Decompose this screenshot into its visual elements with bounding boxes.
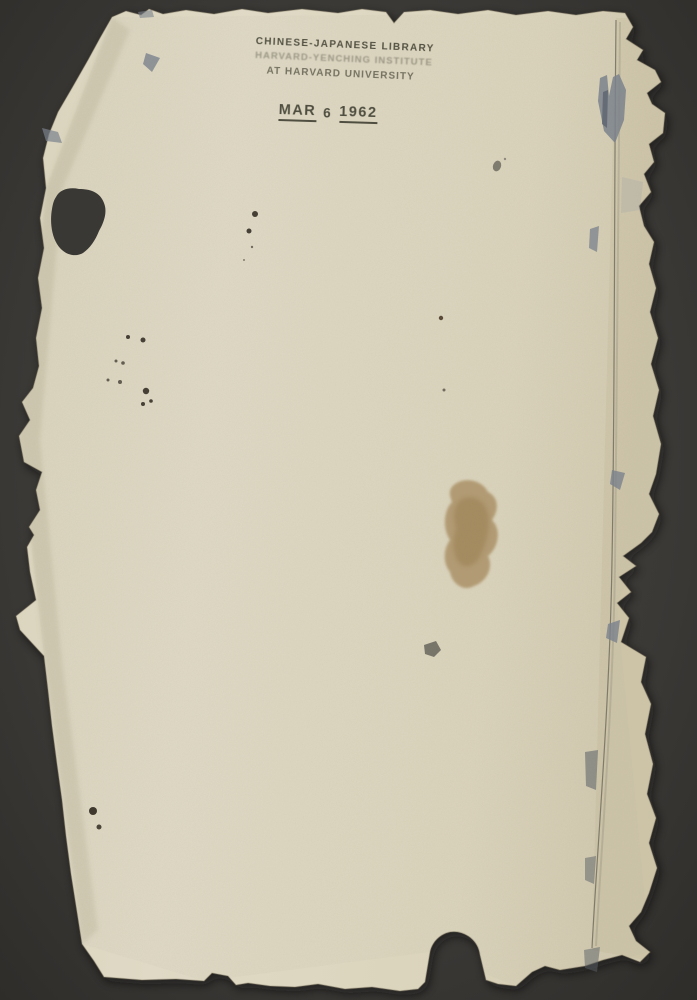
scanned-page-photo: CHINESE-JAPANESE LIBRARY HARVARD-YENCHIN… [0, 0, 697, 1000]
paper-sheet [16, 9, 697, 991]
paper-grain-texture [19, 13, 661, 986]
paper-sheet-graphic [0, 0, 697, 1000]
